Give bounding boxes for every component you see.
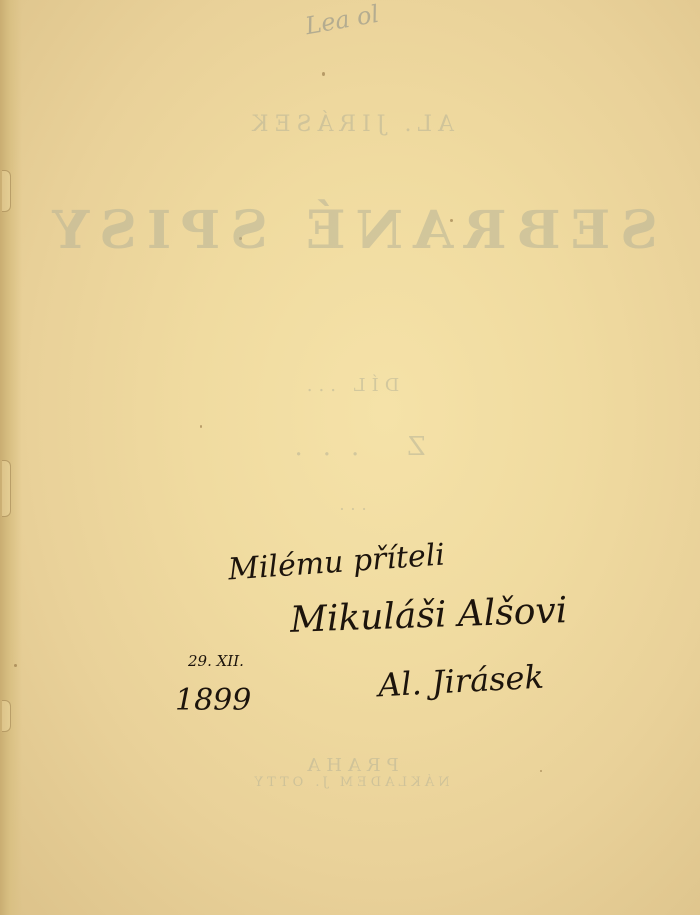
ghost-title: SEBRANÉ SPISY (0, 200, 700, 261)
binding-stitch (2, 700, 11, 732)
date-day-month: 29. XII. (188, 652, 244, 670)
ghost-author: AL. JIRÁSEK (0, 112, 700, 137)
scanned-page: Lea ol AL. JIRÁSEK SEBRANÉ SPISY DÍL ...… (0, 0, 700, 915)
dedication-line-2: Mikuláši Alšovi (289, 590, 568, 641)
ghost-volume: DÍL ... (0, 375, 700, 396)
ghost-subtitle: Z ... (0, 432, 700, 462)
dedication-line-1: Milému příteli (227, 537, 446, 587)
ghost-line: ... (0, 495, 700, 514)
paper-speck (200, 425, 202, 428)
ghost-city: PRAHA (0, 755, 700, 776)
ghost-publisher: NÁKLADEM J. OTTY (0, 775, 700, 790)
paper-speck (322, 72, 325, 76)
signature: Al. Jirásek (377, 658, 545, 705)
paper-speck (14, 664, 17, 667)
pencil-note: Lea ol (303, 0, 381, 40)
date-year: 1899 (175, 683, 251, 718)
